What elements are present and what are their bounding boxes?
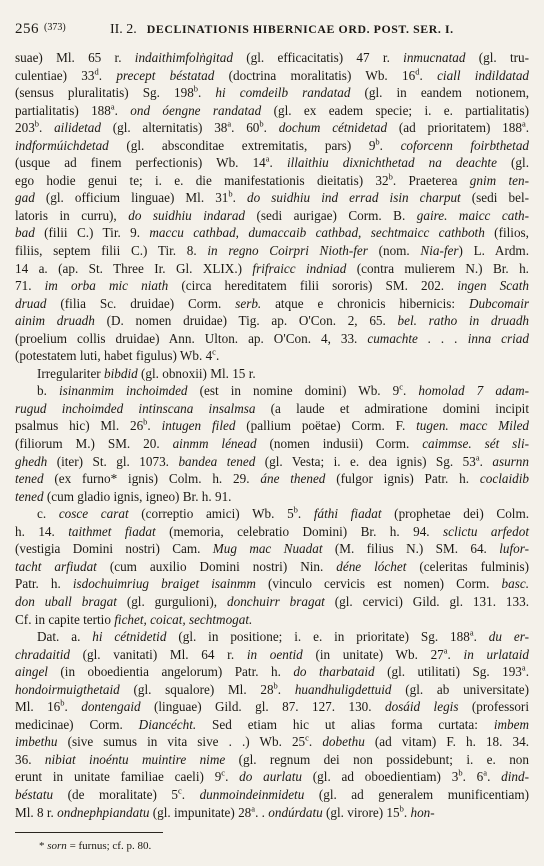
roman-text: b.	[37, 383, 59, 398]
roman-text: (ex furno* ignis) Colm. h. 29.	[44, 471, 261, 486]
roman-text: .	[270, 155, 287, 170]
running-title: II. 2. DECLINATIONIS HIBERNICAE ORD. POS…	[66, 20, 528, 38]
paragraph: b. isinanmim inchoimded (est in nomine d…	[15, 382, 529, 505]
roman-text	[472, 436, 485, 451]
italic-text: ailidetad	[54, 120, 101, 135]
roman-text: (nom.	[368, 243, 421, 258]
roman-text: (gl. efficacitatis) 47 r.	[233, 50, 403, 65]
italic-text: in urlataid	[464, 647, 529, 662]
italic-text: dontengaid	[81, 699, 140, 714]
text-line: 36. nibiat inoéntu muintire nime (gl. re…	[15, 751, 529, 769]
italic-text: ghedh	[15, 454, 47, 469]
roman-text: Cf. in capite tertio	[15, 612, 114, 627]
italic-text: isinanmim inchoimded	[59, 383, 188, 398]
paragraph: suae) Ml. 65 r. indaithimfolṅgitad (gl. …	[15, 49, 529, 365]
roman-text: partialitatis) 188	[15, 103, 111, 118]
italic-text: bel. ratho in druadh	[398, 313, 529, 328]
page-footer: * sorn = furnus; cf. p. 80.	[15, 832, 529, 852]
text-line: (vestigia Domini nostri) Cam. Mug mac Nu…	[15, 540, 529, 558]
roman-text: Ml. 16	[15, 699, 60, 714]
text-line: (potestatem luti, habet figulus) Wb. 4c.	[15, 347, 529, 365]
roman-text: (memoria, celebratio Domini) Br. h. 94.	[156, 524, 443, 539]
text-line: ainim druadh (D. nomen druidae) Tig. ap.…	[15, 312, 529, 330]
roman-text: (nomen indusii) Corm.	[257, 436, 423, 451]
text-line: hondoirmuigthetaid (gl. squalore) Ml. 28…	[15, 681, 529, 699]
italic-text: do tharbataid	[293, 664, 374, 679]
roman-text: (prophetae dei) Colm.	[382, 506, 530, 521]
roman-text: (filios,	[485, 225, 529, 240]
roman-text: (correptio amici) Wb. 5	[129, 506, 294, 521]
text-line: bad (filii C.) Tir. 9. maccu cathbad, du…	[15, 224, 529, 242]
roman-text: (M. filius N.) SM. 64.	[322, 541, 499, 556]
italic-text: Mug mac Nuadat	[213, 541, 323, 556]
italic-text: tened	[15, 489, 44, 504]
roman-text: (cum auxilio Domini nostri) Nin.	[97, 559, 336, 574]
roman-text: suae) Ml. 65 r.	[15, 50, 135, 65]
italic-text: caimmse.	[422, 436, 471, 451]
italic-text: hon-	[410, 805, 434, 820]
roman-text: ego hodie genui te; i. e. die manifestat…	[15, 173, 389, 188]
italic-text: imbem	[494, 717, 529, 732]
italic-text: chradaitid	[15, 647, 70, 662]
roman-text: .	[298, 506, 314, 521]
roman-text: (celeritas fulminis)	[406, 559, 529, 574]
italic-text: cosce carat	[59, 506, 129, 521]
italic-text: sclictu arfedot	[443, 524, 529, 539]
italic-text: basc.	[502, 576, 529, 591]
roman-text: .	[99, 68, 117, 83]
text-line: b. isinanmim inchoimded (est in nomine d…	[15, 382, 529, 400]
roman-text: (gl. ex eadem specie; i. e. partialitati…	[261, 103, 529, 118]
italic-text: illaithiu dixnichthetad na deachte	[287, 155, 497, 170]
roman-text: (gl. tru-	[465, 50, 529, 65]
text-line: rugud inchoimded intinscana insalmsa (a …	[15, 400, 529, 418]
italic-text: Nia-fer	[420, 243, 458, 258]
roman-text: (est in nomine domini) Wb. 9	[188, 383, 400, 398]
roman-text: Ml. 8 r.	[15, 805, 57, 820]
italic-text: hi cétnidetid	[92, 629, 166, 644]
italic-text: frifraicc indniad	[252, 261, 346, 276]
italic-text: precept béstatad	[116, 68, 214, 83]
italic-text: ondúrdatu	[268, 805, 322, 820]
roman-text: .	[65, 699, 82, 714]
roman-text: (gl. virore) 15	[323, 805, 400, 820]
paragraph: Dat. a. hi cétnidetid (gl. in positione;…	[15, 628, 529, 821]
italic-text: gaire.	[417, 208, 448, 223]
italic-text: isdochuimriug braiget isainmm	[73, 576, 256, 591]
roman-text: (doctrina moralitatis) Wb. 16	[214, 68, 415, 83]
italic-text: indformúichdetad	[15, 138, 109, 153]
italic-text: dunmoindeinmidetu	[200, 787, 305, 802]
page-header: 256 (373) II. 2. DECLINATIONIS HIBERNICA…	[0, 0, 544, 38]
italic-text: cumachte . . . inna criad	[367, 331, 529, 346]
text-line: Irregulariter bibdid (gl. obnoxii) Ml. 1…	[15, 365, 529, 383]
italic-text: huandhuligdettuid	[295, 682, 392, 697]
series-title: DECLINATIONIS HIBERNICAE ORD. POST. SER.…	[147, 22, 454, 36]
footnote-text: * sorn = furnus; cf. p. 80.	[15, 840, 529, 852]
italic-text: ingen Scath	[457, 278, 529, 293]
roman-text: (gl. ab universitate)	[392, 682, 529, 697]
paragraph: Irregulariter bibdid (gl. obnoxii) Ml. 1…	[15, 365, 529, 383]
roman-text: . 60	[231, 120, 259, 135]
roman-text: (contra mulierem N.) Br. h.	[346, 261, 529, 276]
roman-text: (in unitate) Wb. 27	[303, 647, 444, 662]
italic-text: coclaidib	[480, 471, 529, 486]
text-line: Patr. h. isdochuimriug braiget isainmm (…	[15, 575, 529, 593]
italic-text: in regno Coirpri Nioth-fer	[207, 243, 368, 258]
roman-text: h. 14.	[15, 524, 68, 539]
roman-text: culentiae) 33	[15, 68, 94, 83]
roman-text: (gl. Vesta; i. e. dea ignis) Sg. 53	[255, 454, 476, 469]
roman-text: (gl. officium linguae) Ml. 31	[35, 190, 229, 205]
italic-text: macc Miled	[460, 418, 529, 433]
text-line: latoris in curru), do suidhiu indarad (s…	[15, 207, 529, 225]
roman-text: atque e chronicis hibernicis:	[261, 296, 469, 311]
roman-text: 71.	[15, 278, 45, 293]
roman-text: (gl. ad oboedientiam) 3	[302, 769, 458, 784]
roman-text: (gl. squalore) Ml. 28	[120, 682, 274, 697]
text-line: ghedh (iter) St. gl. 1073. bandea tened …	[15, 453, 529, 471]
roman-text: (gl. in positione; i. e. in prioritate) …	[166, 629, 469, 644]
italic-text: aingel	[15, 664, 48, 679]
roman-text: .	[216, 348, 219, 363]
roman-text: .	[526, 120, 529, 135]
text-line: c. cosce carat (correptio amici) Wb. 5b.…	[15, 505, 529, 523]
roman-text: (proelium collis druidae) Ann. Ulton. ap…	[15, 331, 367, 346]
book-page: 256 (373) II. 2. DECLINATIONIS HIBERNICA…	[0, 0, 544, 866]
paragraph: c. cosce carat (correptio amici) Wb. 5b.…	[15, 505, 529, 628]
roman-text: .	[474, 629, 489, 644]
italic-text: maccu cathbad, dumaccaib cathbad, sechtm…	[149, 225, 484, 240]
roman-text: (in oboedientia angelorum) Patr. h.	[48, 664, 293, 679]
italic-text: áne thened	[260, 471, 325, 486]
roman-text: (gl. utilitati) Sg. 193	[375, 664, 522, 679]
roman-text: (gl. cervici) Gild. gl. 131. 133.	[325, 594, 529, 609]
text-line: aingel (in oboedientia angelorum) Patr. …	[15, 663, 529, 681]
italic-text: rugud inchoimded intinscana insalmsa	[15, 401, 255, 416]
italic-text: inmucnatad	[403, 50, 465, 65]
italic-text: béstatu	[15, 787, 53, 802]
roman-text: (linguae) Gild. gl. 87. 127. 130.	[141, 699, 385, 714]
italic-text: do suidhiu ind errad isin charput	[247, 190, 461, 205]
italic-text: déne lóchet	[336, 559, 406, 574]
roman-text	[447, 208, 459, 223]
roman-text: (sive sumus in vita sive . .) Wb. 25	[58, 734, 306, 749]
italic-text: dosáid legis	[385, 699, 458, 714]
italic-text: gad	[15, 190, 35, 205]
roman-text: .	[264, 120, 279, 135]
text-line: don uball bragat (gl. gurgulioni), donch…	[15, 593, 529, 611]
roman-text: (sensus pluralitatis) Sg. 198	[15, 85, 194, 100]
roman-text: .	[487, 769, 501, 784]
roman-text: (D. nomen druidae) Tig. ap. O'Con. 2, 65…	[95, 313, 398, 328]
text-line: (usque ad finem perfectionis) Wb. 14a. i…	[15, 154, 529, 172]
text-line: imbethu (sive sumus in vita sive . .) Wb…	[15, 733, 529, 751]
text-line: 203b. ailidetad (gl. alternitatis) 38a. …	[15, 119, 529, 137]
text-line: béstatu (de moralitate) 5c. dunmoindeinm…	[15, 786, 529, 804]
text-line: (filiorum M.) SM. 20. ainmm lénead (nome…	[15, 435, 529, 453]
italic-text: coforcenn foirbthetad	[401, 138, 529, 153]
roman-text: (vestigia Domini nostri) Cam.	[15, 541, 213, 556]
italic-text: druad	[15, 296, 47, 311]
italic-text: Diancécht.	[139, 717, 197, 732]
italic-text: bad	[15, 225, 35, 240]
italic-text: do aurlatu	[239, 769, 302, 784]
text-line: medicinae) Corm. Diancécht. Sed etiam hi…	[15, 716, 529, 734]
roman-text: (filia Sc. druidae) Corm.	[47, 296, 236, 311]
text-line: filiis, septem filii C.) Tir. 8. in regn…	[15, 242, 529, 260]
page-body: suae) Ml. 65 r. indaithimfolṅgitad (gl. …	[0, 38, 544, 821]
italic-text: serb.	[235, 296, 261, 311]
italic-text: indaithimfolṅgitad	[135, 50, 233, 65]
text-line: tened (ex furno* ignis) Colm. h. 29. áne…	[15, 470, 529, 488]
italic-text: Dubcomair	[469, 296, 529, 311]
roman-text: .	[225, 769, 239, 784]
roman-text: .	[448, 647, 464, 662]
roman-text: (gl.	[497, 155, 529, 170]
roman-text: .	[403, 383, 418, 398]
roman-text: . 6	[463, 769, 484, 784]
folio-number: (373)	[44, 22, 66, 33]
italic-text: fáthi fiadat	[314, 506, 382, 521]
italic-text: hondoirmuigthetaid	[15, 682, 120, 697]
roman-text: .	[480, 454, 493, 469]
roman-text: (professori	[458, 699, 529, 714]
italic-text: fichet, coicat, sechtmogat.	[114, 612, 252, 627]
roman-text: .	[380, 138, 401, 153]
italic-text: intugen filed	[162, 418, 236, 433]
roman-text: (potestatem luti, habet figulus) Wb. 4	[15, 348, 212, 363]
roman-text: (gl. obnoxii) Ml. 15 r.	[138, 366, 256, 381]
text-line: Cf. in capite tertio fichet, coicat, sec…	[15, 611, 529, 629]
roman-text: .	[309, 734, 322, 749]
roman-text: (filiorum M.) SM. 20.	[15, 436, 173, 451]
roman-text: (usque ad finem perfectionis) Wb. 14	[15, 155, 266, 170]
text-line: tacht arfiudat (cum auxilio Domini nostr…	[15, 558, 529, 576]
roman-text: 203	[15, 120, 35, 135]
italic-text: in oentid	[247, 647, 303, 662]
italic-text: tened	[15, 471, 44, 486]
roman-text: .	[278, 682, 295, 697]
roman-text: psalmus hic) Ml. 26	[15, 418, 143, 433]
roman-text: (cum gladio ignis, igneo) Br. h. 91.	[44, 489, 232, 504]
roman-text: (iter) St. gl. 1073.	[47, 454, 178, 469]
roman-text: (fulgor ignis) Patr. h.	[325, 471, 480, 486]
roman-text: (gl. vanitati) Ml. 64 r.	[70, 647, 247, 662]
roman-text: 14 a. (ap. St. Three Ir. Gl. XLIX.)	[15, 261, 252, 276]
text-line: chradaitid (gl. vanitati) Ml. 64 r. in o…	[15, 646, 529, 664]
roman-text: .	[198, 85, 215, 100]
roman-text: (gl. in eandem notionem,	[350, 85, 529, 100]
text-line: partialitatis) 188a. ond óengne randatad…	[15, 102, 529, 120]
roman-text: (gl. ad generalem munificentiam)	[304, 787, 529, 802]
roman-text: filiis, septem filii C.) Tir. 8.	[15, 243, 207, 258]
italic-text: don uball bragat	[15, 594, 117, 609]
italic-text: bibdid	[104, 366, 138, 381]
roman-text: (gl. impunitate) 28	[149, 805, 251, 820]
italic-text: dobethu	[322, 734, 365, 749]
italic-text: dind-	[501, 769, 529, 784]
italic-text: lufor-	[499, 541, 529, 556]
text-line: (sensus pluralitatis) Sg. 198b. hi comde…	[15, 84, 529, 102]
roman-text: (sedi bel-	[461, 190, 529, 205]
text-line: erunt in unitate familiae caeli) 9c. do …	[15, 768, 529, 786]
roman-text: .	[39, 120, 54, 135]
text-line: (proelium collis druidae) Ann. Ulton. ap…	[15, 330, 529, 348]
italic-text: gnim ten-	[470, 173, 529, 188]
italic-text: sét sli-	[485, 436, 529, 451]
italic-text: tugen.	[416, 418, 449, 433]
italic-text: dochum cétnidetad	[279, 120, 387, 135]
text-line: Dat. a. hi cétnidetid (gl. in positione;…	[15, 628, 529, 646]
roman-text: .	[182, 787, 200, 802]
roman-text: erunt in unitate familiae caeli) 9	[15, 769, 221, 784]
text-line: 71. im orba mic niath (circa hereditatem…	[15, 277, 529, 295]
roman-text: .	[147, 418, 161, 433]
text-line: culentiae) 33d. precept béstatad (doctri…	[15, 67, 529, 85]
text-line: tened (cum gladio ignis, igneo) Br. h. 9…	[15, 488, 529, 506]
roman-text: (ad prioritatem) 188	[387, 120, 522, 135]
roman-text: Dat. a.	[37, 629, 92, 644]
roman-text: . Praeterea	[393, 173, 470, 188]
text-line: Ml. 8 r. ondnephpiandatu (gl. impunitate…	[15, 804, 529, 822]
italic-text: maicc cath-	[459, 208, 529, 223]
text-line: ego hodie genui te; i. e. die manifestat…	[15, 172, 529, 190]
italic-text: ondnephpiandatu	[57, 805, 149, 820]
italic-text: homolad 7 adam-	[418, 383, 529, 398]
roman-text: 36.	[15, 752, 45, 767]
roman-text: (pallium poëtae) Corm. F.	[235, 418, 416, 433]
italic-text: taithmet fiadat	[68, 524, 155, 539]
roman-text: = furnus; cf. p. 80.	[67, 840, 151, 852]
text-line: gad (gl. officium linguae) Ml. 31b. do s…	[15, 189, 529, 207]
roman-text: Patr. h.	[15, 576, 73, 591]
italic-text: ainim druadh	[15, 313, 95, 328]
roman-text: .	[526, 664, 529, 679]
italic-text: nibiat inoéntu muintire nime	[45, 752, 225, 767]
text-line: Ml. 16b. dontengaid (linguae) Gild. gl. …	[15, 698, 529, 716]
roman-text: latoris in curru),	[15, 208, 128, 223]
text-line: h. 14. taithmet fiadat (memoria, celebra…	[15, 523, 529, 541]
text-line: druad (filia Sc. druidae) Corm. serb. at…	[15, 295, 529, 313]
roman-text: .	[115, 103, 131, 118]
roman-text: c.	[37, 506, 59, 521]
roman-text: (gl. regnum dei non possidebunt; i. e. n…	[225, 752, 529, 767]
italic-text: sorn	[47, 840, 67, 852]
roman-text: Sed etiam hic ut alias forma curtata:	[196, 717, 494, 732]
italic-text: asurnn	[492, 454, 529, 469]
text-line: indformúichdetad (gl. absconditae extrem…	[15, 137, 529, 155]
text-line: 14 a. (ap. St. Three Ir. Gl. XLIX.) frif…	[15, 260, 529, 278]
italic-text: im orba mic niath	[45, 278, 169, 293]
italic-text: hi comdeilb randatad	[215, 85, 350, 100]
roman-text: (a laude et admiratione domini incipit	[255, 401, 529, 416]
roman-text: Irregulariter	[37, 366, 104, 381]
roman-text: (ad vitam) F. h. 18. 34.	[365, 734, 529, 749]
page-number: 256	[15, 21, 39, 38]
italic-text: ciall indildatad	[437, 68, 529, 83]
roman-text: medicinae) Corm.	[15, 717, 139, 732]
roman-text: (circa hereditatem filii sororis) SM. 20…	[168, 278, 457, 293]
roman-text: (gl. alternitatis) 38	[101, 120, 227, 135]
roman-text: . .	[255, 805, 268, 820]
text-line: suae) Ml. 65 r. indaithimfolṅgitad (gl. …	[15, 49, 529, 67]
roman-text: (gl. absconditae extremitatis, pars) 9	[109, 138, 376, 153]
roman-text	[449, 418, 460, 433]
roman-text: ) L. Ardm.	[459, 243, 529, 258]
italic-text: ond óengne randatad	[130, 103, 261, 118]
italic-text: tacht arfiudat	[15, 559, 97, 574]
roman-text: (vinculo cervicis est nomen) Corm.	[256, 576, 502, 591]
italic-text: ainmm lénead	[173, 436, 257, 451]
italic-text: imbethu	[15, 734, 58, 749]
section-number: II. 2.	[110, 22, 137, 37]
text-line: psalmus hic) Ml. 26b. intugen filed (pal…	[15, 417, 529, 435]
roman-text: (de moralitate) 5	[53, 787, 178, 802]
roman-text: .	[233, 190, 247, 205]
italic-text: donchuirr bragat	[227, 594, 325, 609]
roman-text: (gl. gurgulioni),	[117, 594, 227, 609]
italic-text: do suidhiu indarad	[128, 208, 245, 223]
italic-text: bandea tened	[178, 454, 255, 469]
roman-text: .	[419, 68, 437, 83]
footnote-rule	[15, 832, 163, 833]
roman-text: (filii C.) Tir. 9.	[35, 225, 150, 240]
italic-text: du er-	[489, 629, 529, 644]
roman-text: (sedi aurigae) Corm. B.	[245, 208, 417, 223]
roman-text: *	[39, 840, 47, 852]
